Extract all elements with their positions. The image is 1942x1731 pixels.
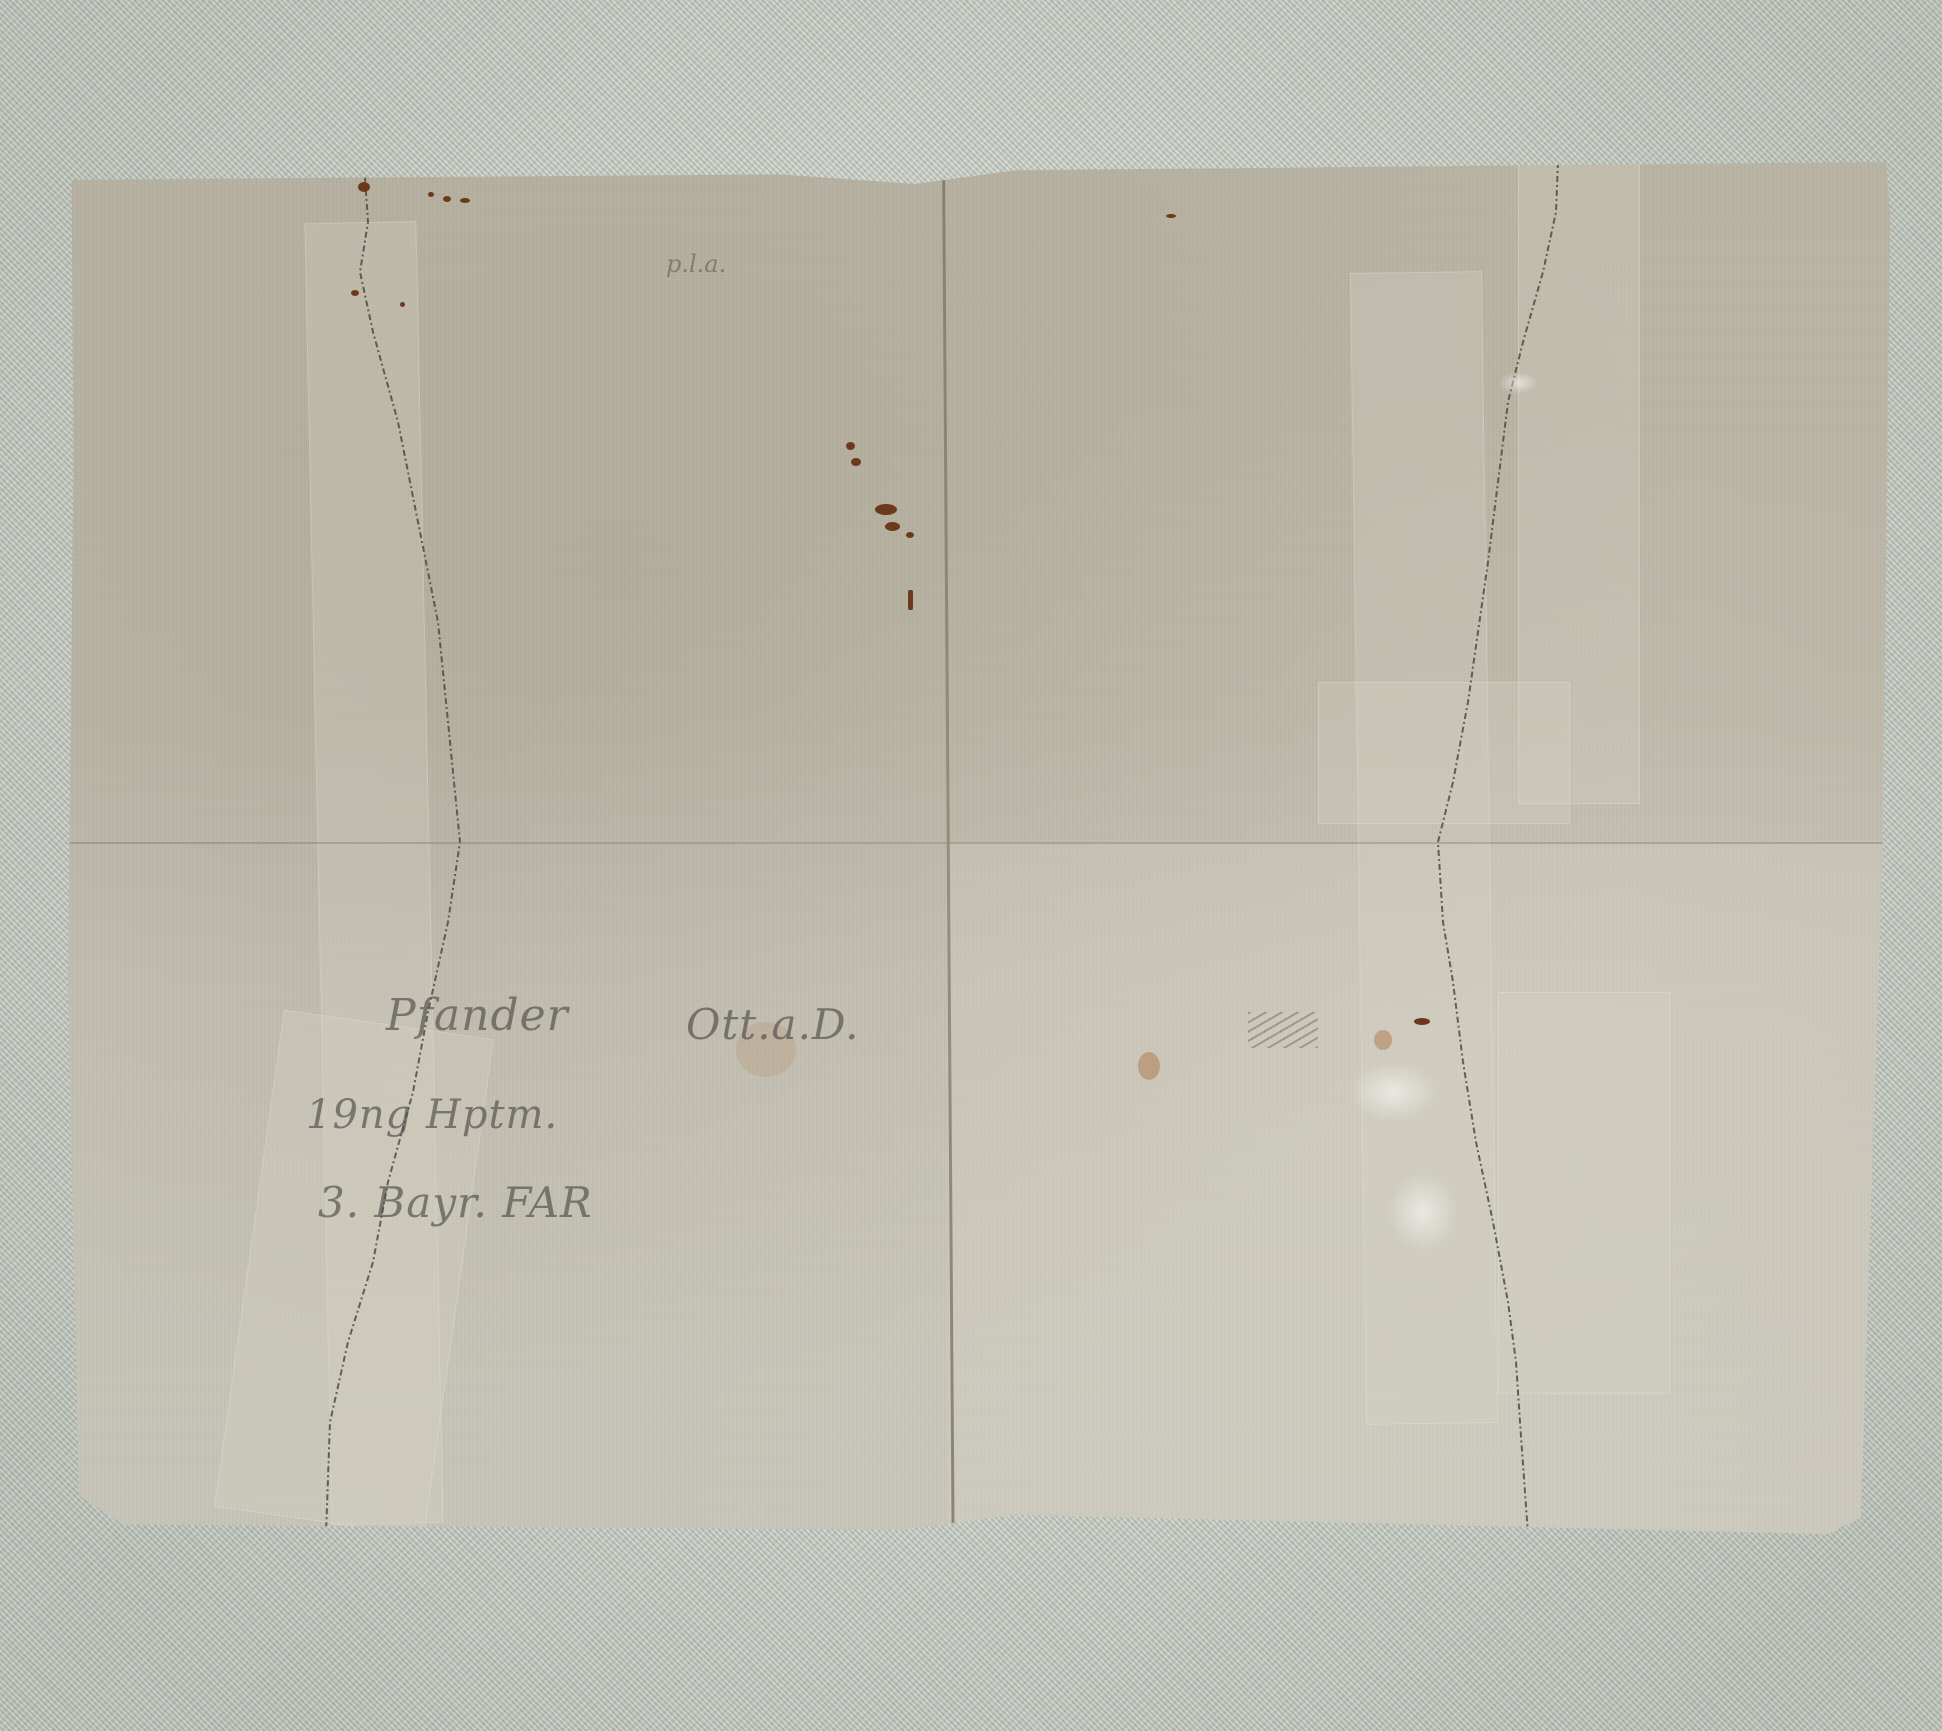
rust-stain <box>358 182 370 192</box>
rust-stain <box>443 196 451 202</box>
handwritten-rank: Ott.a.D. <box>686 1000 859 1049</box>
top-pencil-mark: p.l.a. <box>666 250 726 278</box>
handwritten-line-2: 19ng Hptm. <box>306 1092 558 1138</box>
horizontal-fold <box>68 842 1890 844</box>
faded-stain <box>1138 1052 1160 1080</box>
rust-stain <box>908 590 913 610</box>
rust-stain <box>460 198 470 203</box>
rust-stain <box>851 458 861 466</box>
tape-glare <box>1348 1062 1438 1122</box>
pencil-hatching <box>1248 1012 1318 1048</box>
handwritten-line-3: 3. Bayr. FAR <box>318 1178 593 1227</box>
faded-stain <box>1374 1030 1392 1050</box>
rust-stain <box>875 504 897 515</box>
rust-stain <box>428 192 434 197</box>
tape-glare <box>1388 1172 1458 1252</box>
aged-document: p.l.a. Pfander Ott.a.D. 19ng Hptm. 3. Ba… <box>68 162 1890 1534</box>
rust-stain <box>1166 214 1176 218</box>
rust-stain <box>351 290 359 296</box>
handwritten-name: Pfander <box>386 990 569 1041</box>
tear-line-left <box>68 162 1890 1534</box>
rust-stain <box>885 522 900 531</box>
rust-stain <box>846 442 855 450</box>
tape-glare <box>1498 372 1538 394</box>
rust-stain <box>1414 1018 1430 1025</box>
rust-stain <box>400 302 405 307</box>
rust-stain <box>906 532 914 538</box>
